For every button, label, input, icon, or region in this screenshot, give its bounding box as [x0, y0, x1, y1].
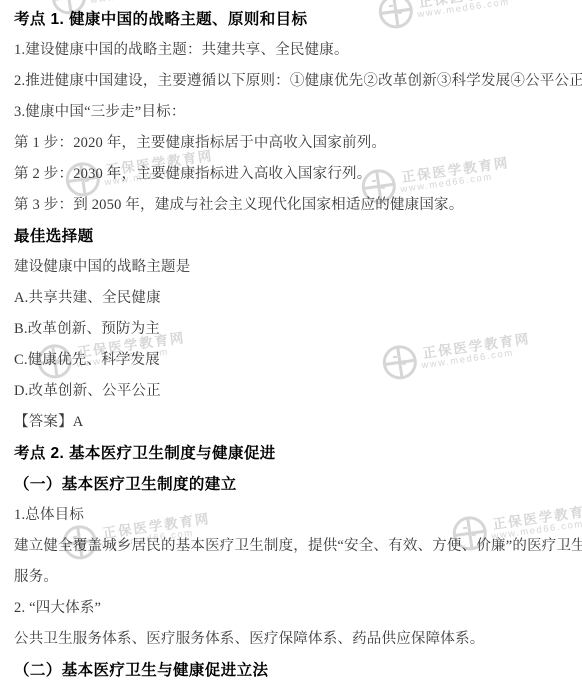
question-stem: 建设健康中国的战略主题是: [14, 252, 568, 283]
step3-line: 第 3 步：到 2050 年，建成与社会主义现代化国家相适应的健康国家。: [14, 190, 568, 221]
topic2-heading: 考点 2. 基本医疗卫生制度与健康促进: [14, 438, 568, 469]
option-a: A.共享共建、全民健康: [14, 283, 568, 314]
document-page: 正保医学教育网 www.med66.com 正保医学教育网 www.med66.…: [0, 0, 582, 684]
answer-line: 【答案】A: [14, 407, 568, 438]
topic1-heading: 考点 1. 健康中国的战略主题、原则和目标: [14, 4, 568, 35]
item2-body: 公共卫生服务体系、医疗服务体系、医疗保障体系、药品供应保障体系。: [14, 624, 568, 655]
item1-body-line1: 建立健全覆盖城乡居民的基本医疗卫生制度，提供“安全、有效、方便、价廉”的医疗卫生: [14, 531, 568, 562]
item1-title: 1.总体目标: [14, 500, 568, 531]
item2-title: 2. “四大体系”: [14, 593, 568, 624]
option-c: C.健康优先、科学发展: [14, 345, 568, 376]
step2-line: 第 2 步：2030 年，主要健康指标进入高收入国家行列。: [14, 159, 568, 190]
topic1-point3: 3.健康中国“三步走”目标：: [14, 97, 568, 128]
question-type-heading: 最佳选择题: [14, 221, 568, 252]
section1-heading: （一）基本医疗卫生制度的建立: [14, 469, 568, 500]
topic1-point2: 2.推进健康中国建设，主要遵循以下原则：①健康优先②改革创新③科学发展④公平公正…: [14, 66, 568, 97]
option-b: B.改革创新、预防为主: [14, 314, 568, 345]
document-content: 考点 1. 健康中国的战略主题、原则和目标 1.建设健康中国的战略主题：共建共享…: [0, 0, 582, 684]
topic1-point1: 1.建设健康中国的战略主题：共建共享、全民健康。: [14, 35, 568, 66]
step1-line: 第 1 步：2020 年，主要健康指标居于中高收入国家前列。: [14, 128, 568, 159]
item1-body-line2: 服务。: [14, 562, 568, 593]
section2-heading: （二）基本医疗卫生与健康促进立法: [14, 655, 568, 684]
option-d: D.改革创新、公平公正: [14, 376, 568, 407]
